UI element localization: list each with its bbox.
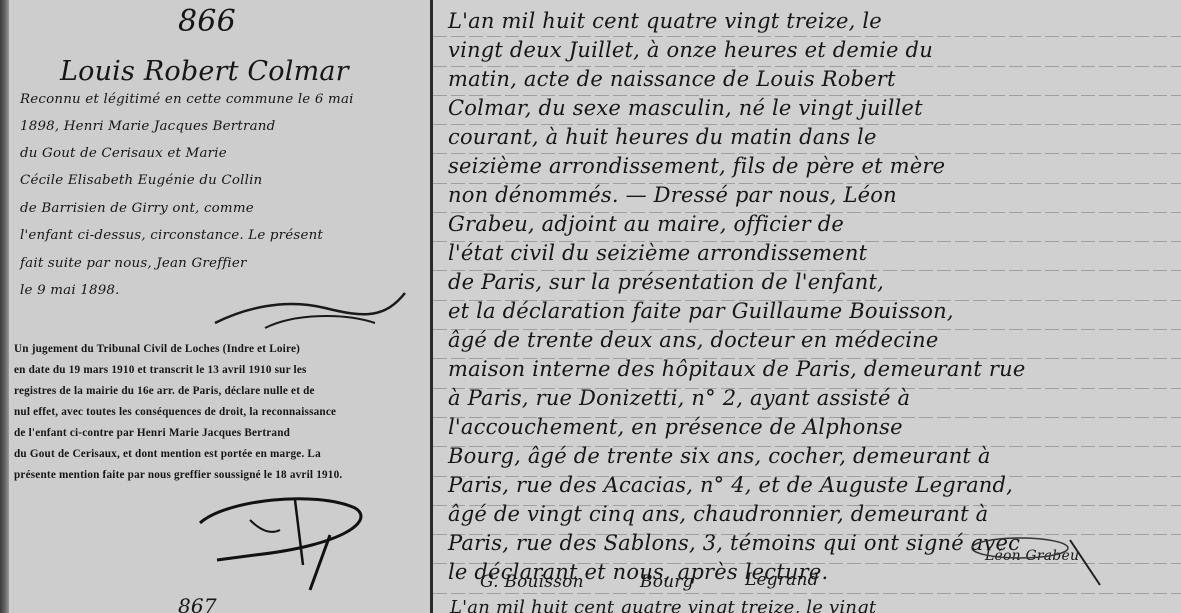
- record-line: l'état civil du seizième arrondissement: [448, 241, 867, 265]
- next-act-number: 867: [178, 594, 217, 613]
- next-record-first-line: L'an mil huit cent quatre vingt treize, …: [450, 597, 876, 613]
- recognition-note-line: l'enfant ci-dessus, circonstance. Le pré…: [20, 228, 323, 243]
- judgment-note-line: de l'enfant ci-contre par Henri Marie Ja…: [14, 427, 290, 439]
- judgment-note-line: registres de la mairie du 16e arr. de Pa…: [14, 385, 315, 397]
- signature-bouisson: G. Bouisson: [480, 572, 584, 592]
- record-line: matin, acte de naissance de Louis Robert: [448, 67, 896, 91]
- judgment-note-line: Un jugement du Tribunal Civil de Loches …: [14, 343, 300, 355]
- record-line: âgé de trente deux ans, docteur en médec…: [448, 328, 939, 352]
- record-line: vingt deux Juillet, à onze heures et dem…: [448, 38, 933, 62]
- signature-bourg: Bourg: [640, 572, 694, 592]
- recognition-note-line: de Barrisien de Girry ont, comme: [20, 201, 254, 216]
- page-binding-edge: [0, 0, 9, 613]
- recognition-note-line: fait suite par nous, Jean Greffier: [20, 256, 247, 271]
- judgment-note-line: nul effet, avec toutes les conséquences …: [14, 406, 336, 418]
- recognition-note-line: Cécile Elisabeth Eugénie du Collin: [20, 173, 262, 188]
- recognition-note-line: du Gout de Cerisaux et Marie: [20, 146, 227, 161]
- record-line: L'an mil huit cent quatre vingt treize, …: [448, 9, 882, 33]
- record-line: Colmar, du sexe masculin, né le vingt ju…: [448, 96, 923, 120]
- register-page: 866 Louis Robert Colmar Reconnu et légit…: [0, 0, 1181, 613]
- child-name-heading: Louis Robert Colmar: [60, 56, 349, 87]
- officer-signature-flourish: [960, 530, 1120, 590]
- judgment-note-line: présente mention faite par nous greffier…: [14, 469, 342, 481]
- recognition-note-line: Reconnu et légitimé en cette commune le …: [20, 92, 354, 107]
- record-line: Bourg, âgé de trente six ans, cocher, de…: [448, 444, 991, 468]
- record-line: seizième arrondissement, fils de père et…: [448, 154, 945, 178]
- recognition-note-line: le 9 mai 1898.: [20, 283, 120, 298]
- record-line: Paris, rue des Acacias, n° 4, et de Augu…: [448, 473, 1013, 497]
- record-line: Paris, rue des Sablons, 3, témoins qui o…: [448, 531, 1020, 555]
- judgment-note-line: du Gout de Cerisaux, et dont mention est…: [14, 448, 321, 460]
- act-number: 866: [178, 4, 236, 39]
- ruled-line: [433, 593, 1181, 594]
- record-line: âgé de vingt cinq ans, chaudronnier, dem…: [448, 502, 988, 526]
- record-line: l'accouchement, en présence de Alphonse: [448, 415, 903, 439]
- recognition-note-line: 1898, Henri Marie Jacques Bertrand: [20, 119, 275, 134]
- record-line: de Paris, sur la présentation de l'enfan…: [448, 270, 884, 294]
- record-line: et la déclaration faite par Guillaume Bo…: [448, 299, 954, 323]
- record-line: courant, à huit heures du matin dans le: [448, 125, 877, 149]
- record-line: maison interne des hôpitaux de Paris, de…: [448, 357, 1025, 381]
- record-line: à Paris, rue Donizetti, n° 2, ayant assi…: [448, 386, 910, 410]
- judgment-note-line: en date du 19 mars 1910 et transcrit le …: [14, 364, 307, 376]
- ruled-line: [433, 36, 1181, 37]
- record-line: non dénommés. — Dressé par nous, Léon: [448, 183, 897, 207]
- signature-legrand: Legrand: [745, 570, 819, 590]
- record-line: Grabeu, adjoint au maire, officier de: [448, 212, 844, 236]
- greffier-signature: [195, 490, 375, 600]
- registrar-signature-margin: [205, 278, 425, 338]
